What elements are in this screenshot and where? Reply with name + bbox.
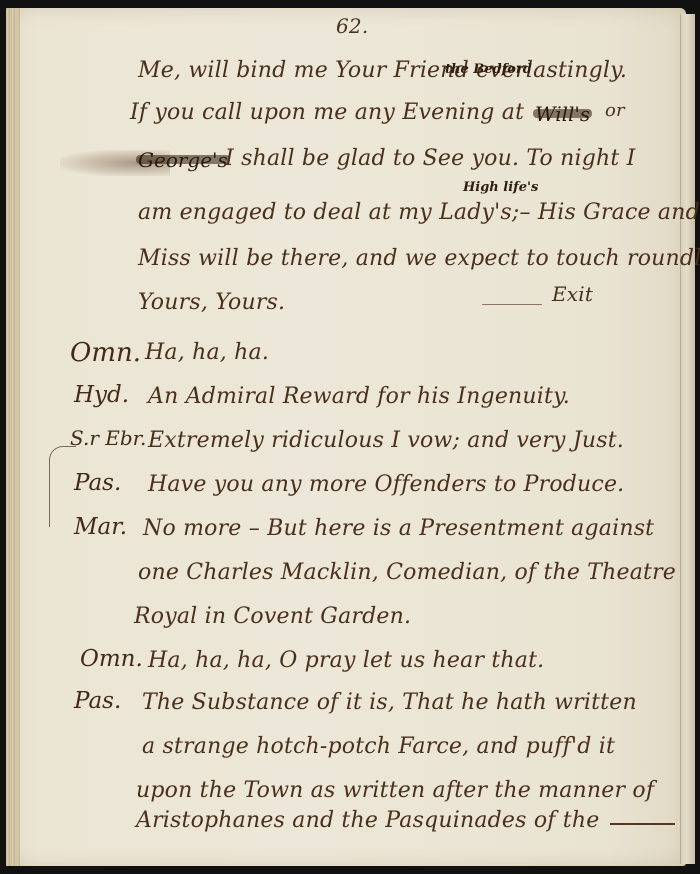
manuscript-line-8: An Admiral Reward for his Ingenuity. xyxy=(148,384,570,409)
struck-word-wills: Will's xyxy=(535,102,590,126)
manuscript-line-11: No more – But here is a Presentment agai… xyxy=(143,516,654,541)
manuscript-line-16: a strange hotch-potch Farce, and puff'd … xyxy=(142,734,615,759)
manuscript-line-17: upon the Town as written after the manne… xyxy=(136,778,654,803)
manuscript-line-1: Me, will bind me Your Friend everlasting… xyxy=(138,58,627,83)
manuscript-line-13: Royal in Covent Garden. xyxy=(134,604,411,629)
speaker-pas: Pas. xyxy=(74,470,121,496)
manuscript-line-4: am engaged to deal at my Lady's;– His Gr… xyxy=(138,200,700,225)
margin-bracket-mark xyxy=(49,446,76,527)
speaker-hyd: Hyd. xyxy=(74,382,129,408)
speaker-sir-ebr: S.r Ebr. xyxy=(70,426,146,450)
speaker-omn-2: Omn. xyxy=(80,646,143,672)
speaker-mar: Mar. xyxy=(74,514,127,540)
interlinear-insertion-bedford: the Bedford xyxy=(445,62,532,77)
facing-page-edge xyxy=(680,14,695,864)
struck-word-georges: George's xyxy=(138,148,228,172)
line-end-flourish xyxy=(610,823,675,825)
manuscript-line-18: Aristophanes and the Pasquinades of the xyxy=(136,808,599,833)
manuscript-line-6: Yours, Yours. xyxy=(138,290,285,315)
manuscript-line-12: one Charles Macklin, Comedian, of the Th… xyxy=(138,560,676,585)
speaker-pas-2: Pas. xyxy=(74,688,121,714)
interlinear-insertion-high-lifes: High life's xyxy=(463,180,538,195)
stage-direction-exit: Exit xyxy=(552,282,593,306)
page-number: 62. xyxy=(336,14,368,38)
exit-rule xyxy=(482,304,542,305)
manuscript-line-10: Have you any more Offenders to Produce. xyxy=(148,472,624,497)
speaker-omn: Omn. xyxy=(70,338,141,368)
manuscript-line-9: Extremely ridiculous I vow; and very Jus… xyxy=(148,428,624,453)
manuscript-line-14: Ha, ha, ha, O pray let us hear that. xyxy=(148,648,544,673)
manuscript-line-2-tail: or xyxy=(605,100,625,121)
manuscript-line-15: The Substance of it is, That he hath wri… xyxy=(142,690,637,715)
manuscript-line-3: I shall be glad to See you. To night I xyxy=(225,146,636,171)
page-stack-left-edge xyxy=(6,8,20,866)
manuscript-line-7: Ha, ha, ha. xyxy=(145,340,269,365)
manuscript-line-5: Miss will be there, and we expect to tou… xyxy=(138,246,700,271)
manuscript-line-2: If you call upon me any Evening at xyxy=(130,100,524,125)
